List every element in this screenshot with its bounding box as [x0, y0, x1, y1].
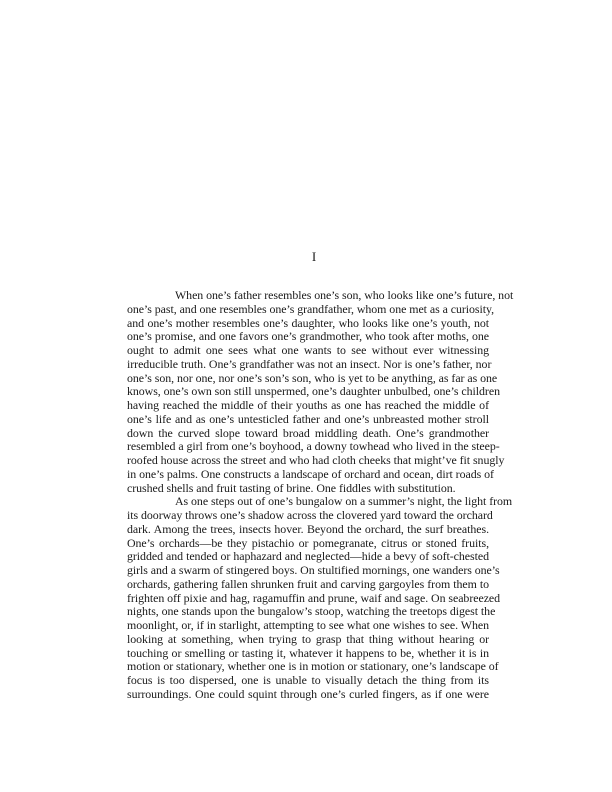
text-line: When one’s father resembles one’s son, w… — [127, 289, 489, 303]
paragraph-1: When one’s father resembles one’s son, w… — [127, 289, 489, 495]
text-line: frighten off pixie and hag, ragamuffin a… — [127, 592, 489, 606]
text-line: crushed shells and fruit tasting of brin… — [127, 482, 489, 496]
text-line: knows, one’s own son still unspermed, on… — [127, 385, 489, 399]
text-line: motion or stationary, whether one is in … — [127, 660, 489, 674]
text-line: irreducible truth. One’s grandfather was… — [127, 358, 489, 372]
text-line: down the curved slope toward broad middl… — [127, 427, 489, 441]
text-line: touching or smelling or tasting it, what… — [127, 647, 489, 661]
text-line: gridded and tended or haphazard and negl… — [127, 550, 489, 564]
text-line: surroundings. One could squint through o… — [127, 688, 489, 702]
text-line: girls and a swarm of stingered boys. On … — [127, 564, 489, 578]
text-line: As one steps out of one’s bungalow on a … — [127, 495, 489, 509]
text-line: and one’s mother resembles one’s daughte… — [127, 317, 489, 331]
text-line: nights, one stands upon the bungalow’s s… — [127, 605, 489, 619]
text-line: one’s past, and one resembles one’s gran… — [127, 303, 489, 317]
text-line: in one’s palms. One constructs a landsca… — [127, 468, 489, 482]
text-line: resembled a girl from one’s boyhood, a d… — [127, 440, 489, 454]
text-line: orchards, gathering fallen shrunken frui… — [127, 578, 489, 592]
document-page: I When one’s father resembles one’s son,… — [0, 0, 612, 792]
text-line: one’s son, nor one, nor one’s son’s son,… — [127, 372, 489, 386]
chapter-number: I — [0, 249, 612, 265]
text-line: ought to admit one sees what one wants t… — [127, 344, 489, 358]
text-line: having reached the middle of their youth… — [127, 399, 489, 413]
text-line: dark. Among the trees, insects hover. Be… — [127, 523, 489, 537]
text-line: moonlight, or, if in starlight, attempti… — [127, 619, 489, 633]
text-line: roofed house across the street and who h… — [127, 454, 489, 468]
text-line: one’s promise, and one favors one’s gran… — [127, 330, 489, 344]
paragraph-2: As one steps out of one’s bungalow on a … — [127, 495, 489, 701]
text-line: one’s life and as one’s untesticled fath… — [127, 413, 489, 427]
text-line: its doorway throws one’s shadow across t… — [127, 509, 489, 523]
text-line: One’s orchards—be they pistachio or pome… — [127, 537, 489, 551]
body-text: When one’s father resembles one’s son, w… — [127, 289, 489, 702]
text-line: focus is too dispersed, one is unable to… — [127, 674, 489, 688]
text-line: looking at something, when trying to gra… — [127, 633, 489, 647]
